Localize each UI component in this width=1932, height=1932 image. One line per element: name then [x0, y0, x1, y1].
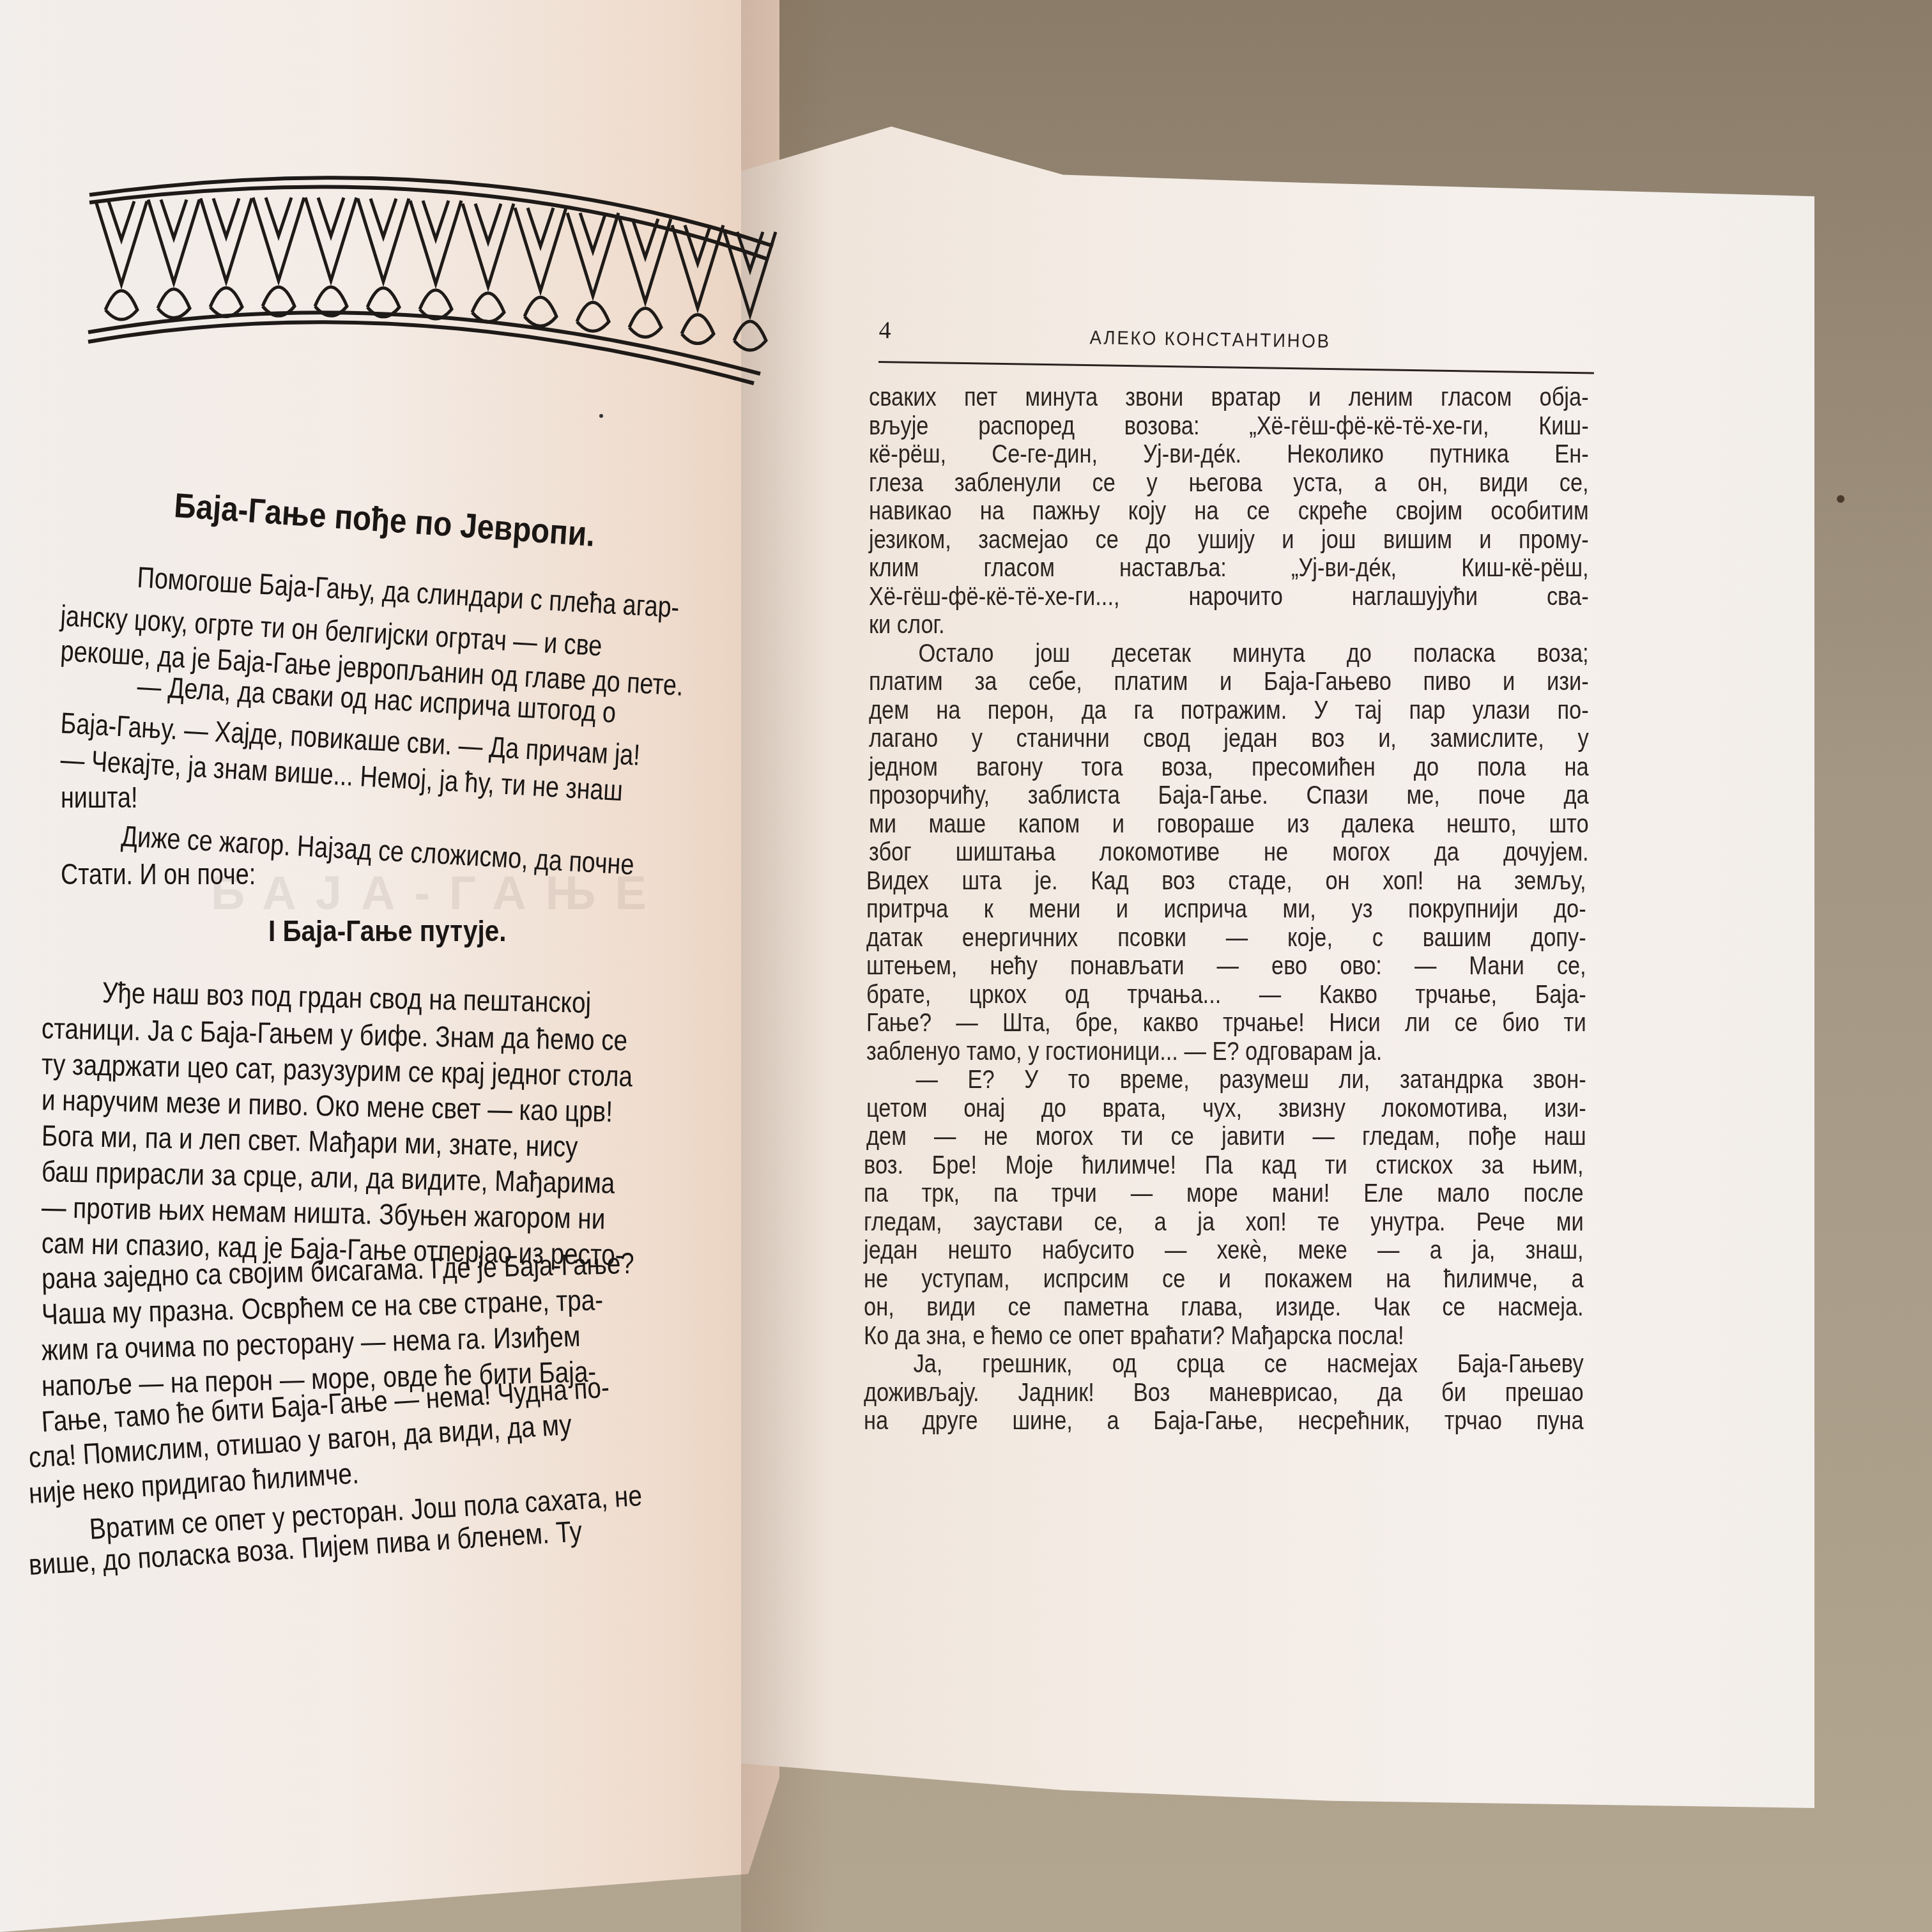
text-line: један нешто набусито — хекѐ, меке — а ја… [864, 1236, 1584, 1265]
text-line: глеза забленули се у његова уста, а он, … [869, 469, 1589, 498]
text-line: Ја, грешник, од срца се насмејах Баја-Га… [864, 1350, 1584, 1379]
text-line: забленуо тамо, у гостионици... — Е? одго… [866, 1038, 1586, 1066]
text-line: притрча к мени и исприча ми, уз покрупни… [866, 895, 1586, 924]
text-line: вљује распоред возова: „Хё-гёш-фё-кё-тё-… [869, 412, 1589, 441]
text-line: брате, цркох од трчања... — Какво трчање… [866, 981, 1586, 1009]
text-line: воз. Бре! Моје ћилимче! Па кад ти стиско… [864, 1151, 1584, 1180]
author-name: АЛЕКО КОНСТАНТИНОВ [1089, 327, 1331, 353]
text-line: — Е? У то време, разумеш ли, затандрка з… [866, 1066, 1586, 1094]
text-line: Стати. И он поче: [61, 859, 256, 889]
text-line: навикао на пажњу коју на се скреће своји… [869, 497, 1589, 526]
text-line: Ко да зна, е ћемо се опет враћати? Мађар… [864, 1322, 1584, 1351]
text-line: лагано у станични свод један воз и, зами… [869, 724, 1589, 753]
text-line: због шиштања локомотиве не могох да дочу… [869, 838, 1589, 867]
text-line: кё-рёш, Се-ге-дин, Уј-ви-де́к. Неколико … [869, 440, 1589, 469]
text-line: језиком, засмејао се до ушију и још виши… [869, 526, 1589, 555]
page-number: 4 [878, 316, 891, 344]
text-line: прозорчићу, заблиста Баја-Гање. Спази ме… [869, 781, 1589, 810]
section-title: I Баја-Гање путује. [268, 914, 507, 948]
background-speck [1837, 495, 1844, 503]
text-line: датак енергичних псовки — које, с вашим … [866, 924, 1586, 953]
text-line: клим гласом наставља: „Уј-ви-де́к, Киш-к… [869, 554, 1589, 583]
text-line: он, види се паметна глава, изиде. Чак се… [864, 1293, 1584, 1322]
text-line: Видех шта је. Кад воз стаде, он хоп! на … [866, 867, 1586, 896]
text-line: сваких пет минута звони вратар и леним г… [869, 383, 1589, 412]
text-line: Остало још десетак минута до поласка воз… [869, 640, 1589, 668]
text-line: па трк, па трчи — море мани! Еле мало по… [864, 1179, 1584, 1208]
text-line: дем на перон, да га потражим. У тај пар … [869, 696, 1589, 725]
art-nouveau-headpiece-icon [83, 157, 779, 387]
text-line: једном вагону тога воза, пресомићен до п… [869, 753, 1589, 782]
print-speck [599, 414, 603, 418]
text-line: ми маше капом и говораше из далека нешто… [869, 810, 1589, 839]
text-line: платим за себе, платим и Баја-Гањево пив… [869, 668, 1589, 696]
text-line: не уступам, испрсим се и покажем на ћили… [864, 1265, 1584, 1294]
text-line: штењем, нећу понављати — ево ово: — Мани… [866, 952, 1586, 981]
text-line: ки слог. [869, 611, 1589, 640]
text-line: доживљају. Јадник! Воз маневрисао, да би… [864, 1379, 1584, 1407]
text-line: на друге шине, а Баја-Гање, несрећник, т… [864, 1407, 1584, 1436]
text-line: цетом онај до врата, чух, звизну локомот… [866, 1094, 1586, 1123]
text-line: Хё-гёш-фё-кё-тё-хе-ги..., нарочито нагла… [869, 583, 1589, 611]
text-line: ништа! [61, 783, 137, 812]
text-line: дем — не могох ти се јавити — гледам, по… [866, 1123, 1586, 1151]
text-line: Гање? — Шта, бре, какво трчање! Ниси ли … [866, 1009, 1586, 1038]
text-line: гледам, заустави се, а ја хоп! те унутра… [864, 1208, 1584, 1237]
